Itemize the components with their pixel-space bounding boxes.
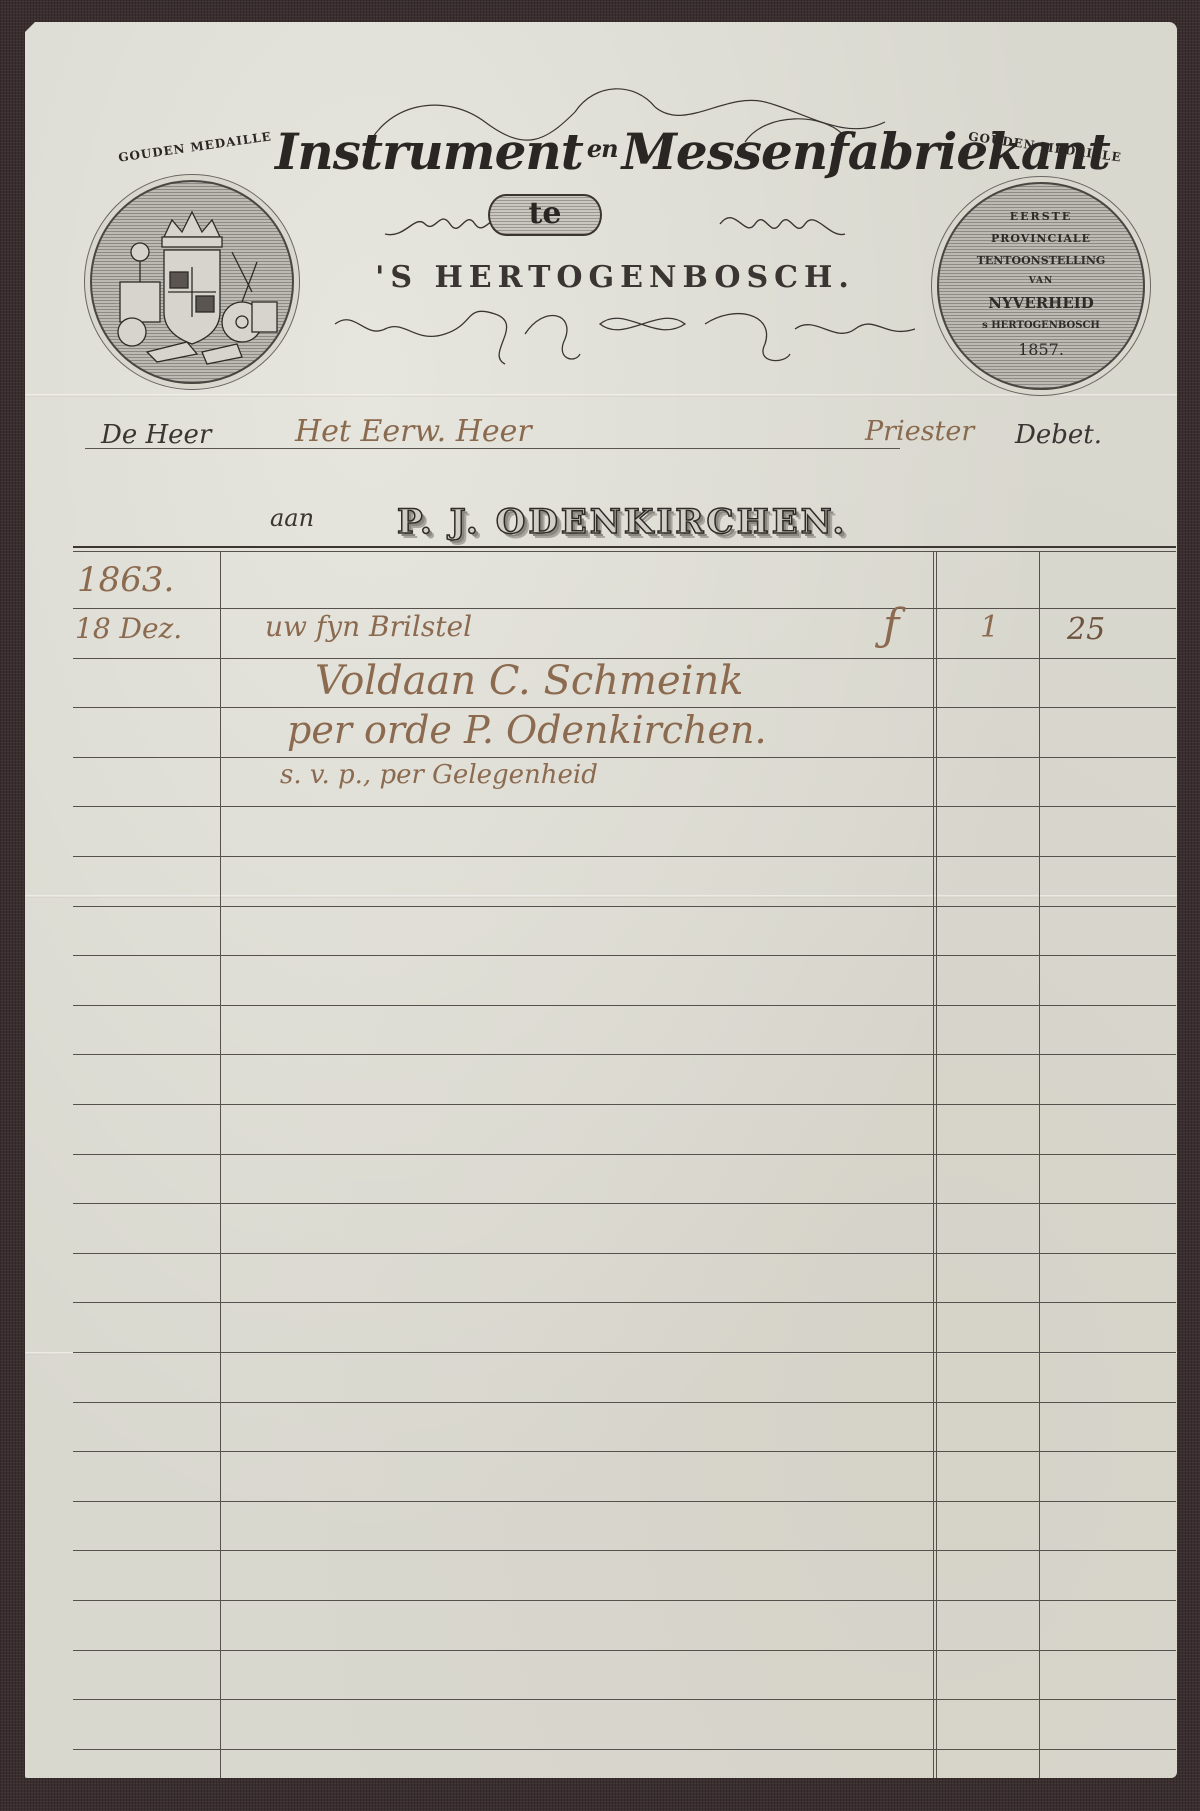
ruled-line	[73, 1451, 1176, 1452]
ruled-line	[73, 1154, 1176, 1155]
aan-label: aan	[270, 504, 314, 532]
title-instrument: Instrument	[275, 122, 583, 181]
receipt-note: s. v. p., per Gelegenheid	[280, 760, 598, 790]
ruled-line	[73, 1253, 1176, 1254]
flourish-bottom-icon	[325, 304, 925, 374]
ruled-line	[73, 757, 1176, 758]
ruled-line	[73, 806, 1176, 807]
ruled-line	[73, 1699, 1176, 1700]
amount-column-divider-a	[933, 552, 934, 1778]
ruled-line	[73, 1005, 1176, 1006]
medal-line-nyverheid: NYVERHEID	[939, 294, 1143, 312]
fold-crease	[25, 895, 1177, 898]
flourish-loops-icon	[375, 194, 855, 244]
entry-cents: 25	[1067, 612, 1105, 647]
ruled-line	[73, 955, 1176, 956]
ruled-line	[73, 608, 1176, 609]
entry-guilders: 1	[980, 610, 999, 645]
city-name: 'S HERTOGENBOSCH.	[305, 260, 925, 295]
medal-line-city: s HERTOGENBOSCH	[939, 320, 1143, 331]
debet-label: Debet.	[1015, 420, 1102, 450]
addressee-name: Het Eerw. Heer	[295, 414, 532, 449]
te-plate: te	[488, 194, 602, 236]
ruled-line	[73, 1749, 1176, 1750]
ledger-top-rule	[73, 546, 1176, 548]
right-medal: EERSTE PROVINCIALE TENTOONSTELLING VAN N…	[937, 182, 1145, 390]
ruled-line	[73, 1054, 1176, 1055]
medal-line-tentoonstelling: TENTOONSTELLING	[939, 254, 1143, 267]
receipt-per-orde: per orde P. Odenkirchen.	[287, 708, 767, 752]
ruled-line	[73, 1600, 1176, 1601]
left-medal-caption: GOUDEN MEDAILLE	[95, 126, 295, 168]
ruled-line	[73, 1650, 1176, 1651]
left-medal	[90, 180, 294, 384]
ruled-line	[73, 1402, 1176, 1403]
date-column-divider	[220, 552, 221, 1778]
ruled-line	[73, 1104, 1176, 1105]
ruled-line	[73, 1501, 1176, 1502]
receipt-voldaan: Voldaan C. Schmeink	[315, 658, 743, 704]
medal-line-van: VAN	[939, 276, 1143, 286]
cents-column-divider	[1039, 552, 1040, 1778]
ledger-year: 1863.	[77, 560, 174, 600]
ruled-line	[73, 1550, 1176, 1551]
medal-line-year: 1857.	[939, 340, 1143, 359]
entry-description: uw fyn Brilstel	[265, 610, 472, 643]
entry-date: 18 Dez.	[75, 612, 182, 645]
medal-line-provinciale: PROVINCIALE	[939, 232, 1143, 245]
medal-line-eerste: EERSTE	[939, 210, 1143, 223]
addressee-title: Priester	[865, 416, 974, 447]
ruled-line	[73, 1352, 1176, 1353]
guilder-symbol: ƒ	[883, 600, 899, 651]
ruled-line	[73, 1302, 1176, 1303]
de-heer-label: De Heer	[101, 420, 211, 450]
coat-of-arms-icon	[92, 182, 292, 382]
fold-crease	[25, 394, 1177, 397]
ruled-line	[73, 1203, 1176, 1204]
invoice-paper: InstrumentenMessenfabriekant te 'S HERTO…	[25, 22, 1177, 1778]
business-title: InstrumentenMessenfabriekant	[275, 122, 955, 181]
title-en: en	[587, 134, 618, 163]
ruled-line	[73, 856, 1176, 857]
amount-column-divider-b	[936, 552, 937, 1778]
ruled-line	[73, 906, 1176, 907]
firm-name: P. J. ODENKIRCHEN.	[397, 502, 847, 542]
ledger-top-rule-inner	[73, 551, 1176, 552]
